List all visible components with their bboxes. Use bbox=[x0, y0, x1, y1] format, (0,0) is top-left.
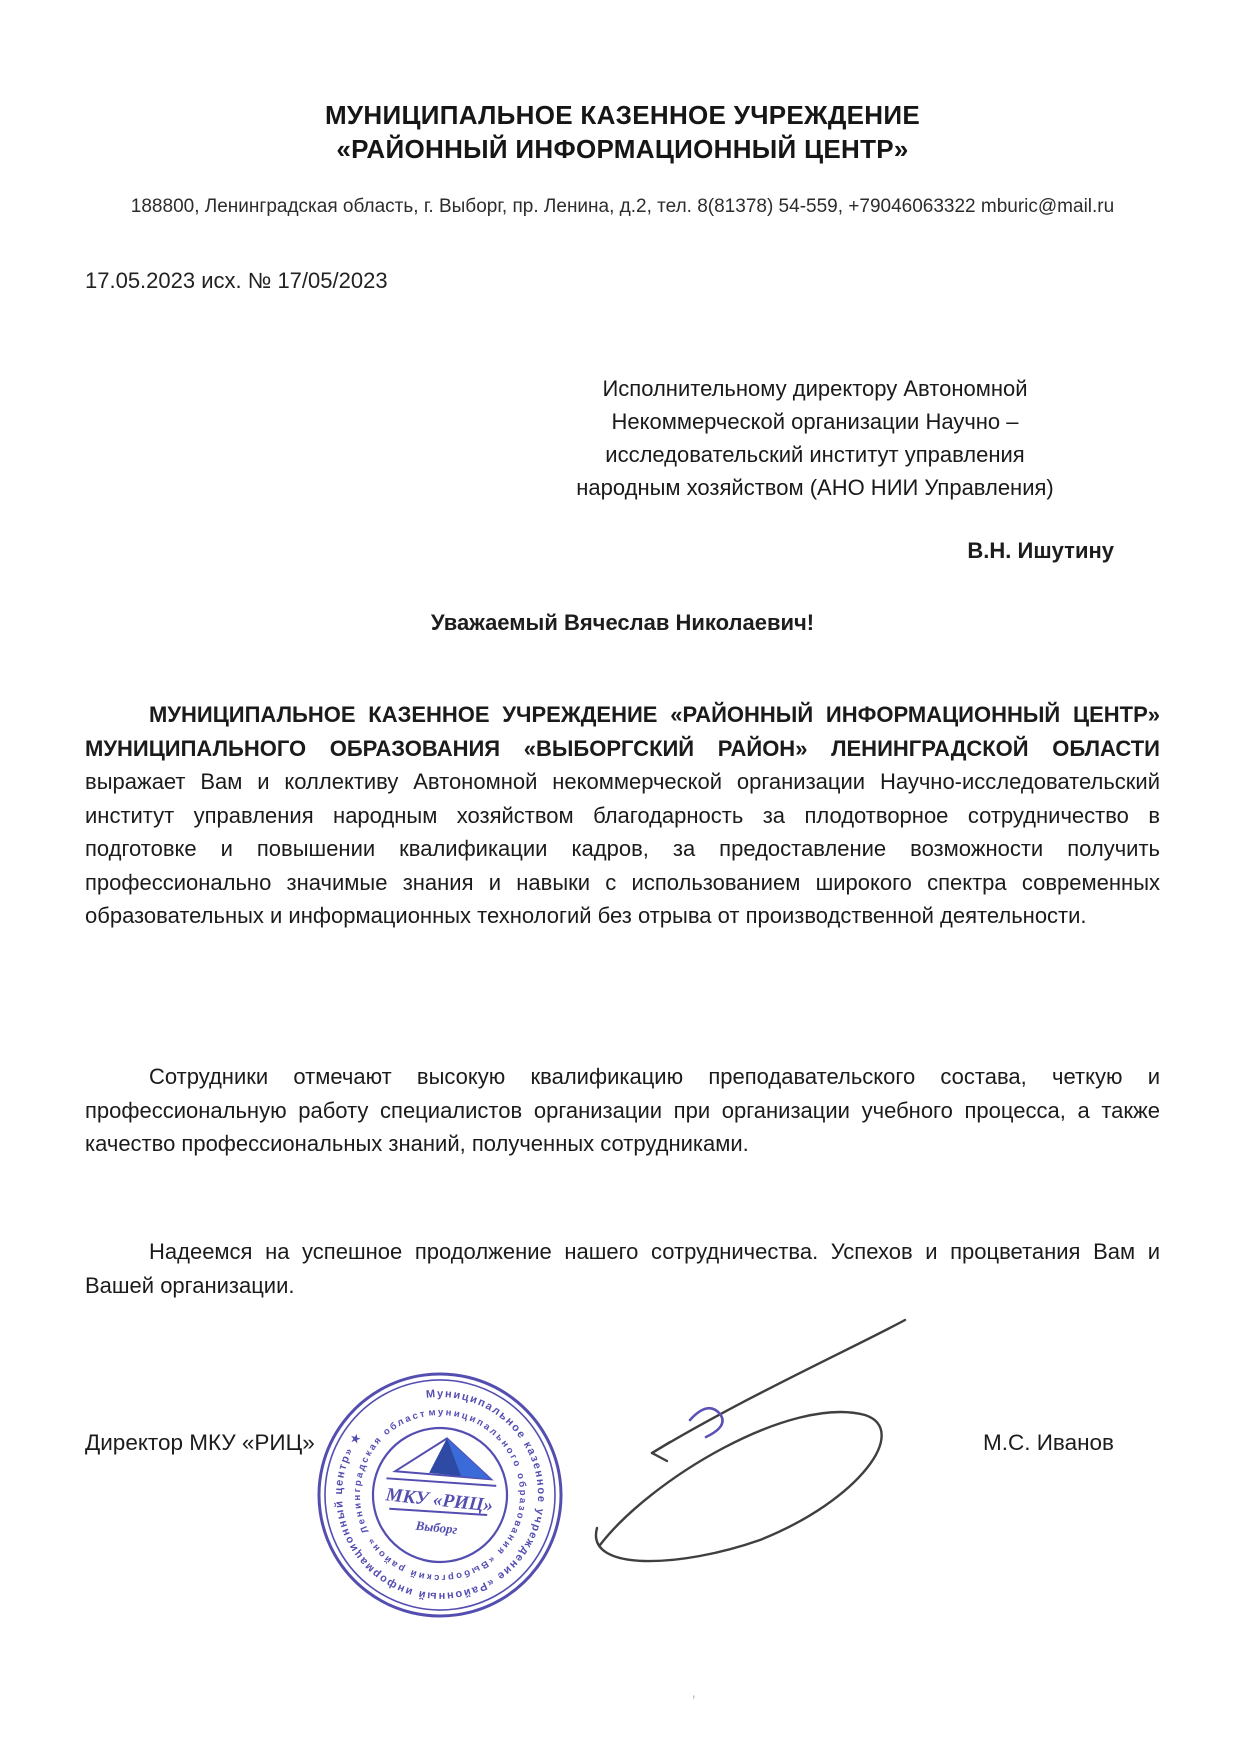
org-name-line1: МУНИЦИПАЛЬНОЕ КАЗЕННОЕ УЧРЕЖДЕНИЕ bbox=[85, 98, 1160, 132]
signer-name: М.С. Иванов bbox=[983, 1430, 1160, 1456]
recipient-name: В.Н. Ишутину bbox=[85, 538, 1160, 564]
signature-loop-stroke bbox=[596, 1412, 882, 1561]
signer-title: Директор МКУ «РИЦ» bbox=[85, 1430, 315, 1456]
paragraph2-text: Сотрудники отмечают высокую квалификацию… bbox=[85, 1064, 1160, 1156]
recipient-line: исследовательский институт управления bbox=[470, 438, 1160, 471]
recipient-line: Некоммерческой организации Научно – bbox=[470, 405, 1160, 438]
org-header: МУНИЦИПАЛЬНОЕ КАЗЕННОЕ УЧРЕЖДЕНИЕ «РАЙОН… bbox=[85, 98, 1160, 166]
salutation: Уважаемый Вячеслав Николаевич! bbox=[85, 610, 1160, 636]
paragraph1-bold-lead: МУНИЦИПАЛЬНОЕ КАЗЕННОЕ УЧРЕЖДЕНИЕ «РАЙОН… bbox=[85, 702, 1160, 761]
body-paragraph-2: Сотрудники отмечают высокую квалификацию… bbox=[85, 1060, 1160, 1161]
stamp-center-emblem: МКУ «РИЦ» Выборг bbox=[381, 1433, 501, 1541]
signature-arrowhead bbox=[652, 1442, 670, 1461]
reference-date-line: 17.05.2023 исх. № 17/05/2023 bbox=[85, 268, 1160, 294]
letter-page: МУНИЦИПАЛЬНОЕ КАЗЕННОЕ УЧРЕЖДЕНИЕ «РАЙОН… bbox=[0, 0, 1240, 1754]
org-name-line2: «РАЙОННЫЙ ИНФОРМАЦИОННЫЙ ЦЕНТР» bbox=[85, 132, 1160, 166]
handwritten-signature bbox=[540, 1285, 920, 1595]
org-contact-line: 188800, Ленинградская область, г. Выборг… bbox=[85, 196, 1160, 218]
paragraph1-rest: выражает Вам и коллективу Автономной нек… bbox=[85, 769, 1160, 928]
round-stamp: Муниципальное казенное учреждение «Район… bbox=[299, 1354, 581, 1636]
stray-scan-mark: ʼ bbox=[692, 1694, 704, 1712]
body-paragraph-1: МУНИЦИПАЛЬНОЕ КАЗЕННОЕ УЧРЕЖДЕНИЕ «РАЙОН… bbox=[85, 698, 1160, 933]
signature-sweep-stroke bbox=[652, 1320, 905, 1453]
recipient-line: Исполнительному директору Автономной bbox=[470, 372, 1160, 405]
recipient-block: Исполнительному директору Автономной Нек… bbox=[470, 372, 1160, 504]
recipient-line: народным хозяйством (АНО НИИ Управления) bbox=[470, 471, 1160, 504]
stamp-center-city: Выборг bbox=[414, 1518, 458, 1537]
